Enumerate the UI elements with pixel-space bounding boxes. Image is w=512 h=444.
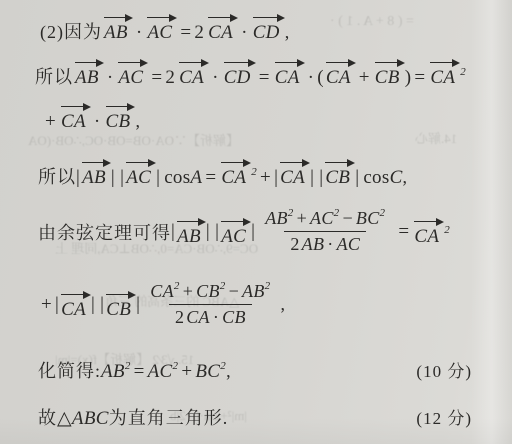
math-segment-op: + (180, 281, 196, 301)
math-segment-cn: 所以 (35, 63, 73, 89)
superscript: 2 (288, 207, 294, 219)
math-segment-fn: cos (160, 167, 190, 189)
math-line-8: 故△ABC 为直角三角形.(12 分) (38, 404, 472, 430)
vector-letters: AC (219, 216, 251, 248)
vector-letters: CA (177, 57, 209, 89)
vector-letters: CA (278, 157, 310, 189)
superscript: 2 (265, 280, 271, 292)
math-segment-cn: 为直角三角形. (109, 404, 229, 430)
math-segment-plain: | (136, 294, 140, 316)
math-segment-rel: = (395, 221, 412, 243)
math-segment-num: 2 (194, 22, 206, 44)
math-segment-fn: cos (359, 167, 389, 189)
math-segment-op: + (294, 208, 310, 228)
math-segment-cn: , (226, 361, 232, 382)
math-line-1: (2)因为AB·AC=2 CA·CD, (40, 12, 472, 44)
fraction: AB2+AC2−BC22AB·AC (259, 208, 391, 255)
vector-letters: CA (219, 157, 251, 189)
math-line-7: 化简得:AB2=AC2+BC2,(10 分) (38, 357, 472, 383)
vector-letters: CB (104, 101, 136, 133)
superscript: 2 (460, 66, 466, 78)
math-segment-it: A (190, 167, 202, 189)
math-segment-op: · (91, 111, 104, 133)
vector-term: CB (373, 57, 405, 89)
math-segment-op: − (226, 281, 242, 301)
math-segment-cn: , (135, 111, 141, 132)
vector-term: CB (323, 157, 355, 189)
math-segment-plain: | (251, 221, 255, 243)
vector-letters: CB (104, 289, 136, 321)
math-segment-it: CA (186, 307, 210, 327)
math-segment-op: · (104, 67, 117, 89)
vector-term: CA2 (219, 157, 257, 189)
math-segment-op: · (209, 67, 222, 89)
math-segment-cn: , (403, 167, 409, 188)
math-segment-it: BC2 (356, 208, 385, 228)
math-segment-op: + (356, 67, 373, 89)
math-segment-op: − (339, 208, 355, 228)
math-segment-op: · (305, 67, 318, 89)
math-segment-plain: | | (111, 167, 124, 189)
math-segment-rel: = (148, 67, 165, 89)
math-segment-it: ABC (72, 408, 109, 430)
math-segment-plain: | | (310, 167, 323, 189)
fraction-denominator: 2CA·CB (169, 304, 252, 328)
superscript: 2 (220, 280, 226, 292)
vector-letters: CA (324, 57, 356, 89)
math-segment-rel: = (256, 67, 273, 89)
math-segment-plain: | | (206, 221, 219, 243)
math-segment-it: BC2 (195, 361, 226, 383)
math-segment-op: + (38, 294, 55, 316)
vector-letters: CD (222, 57, 256, 89)
math-line-2: 所以AB·AC=2 CA·CD=CA·(CA+CB)=CA2 (35, 57, 472, 89)
fraction-numerator: CA2+CB2−AB2 (144, 281, 276, 304)
math-segment-it: CB2 (196, 281, 225, 301)
vector-letters: AB (175, 216, 206, 248)
math-segment-it: AB2 (242, 281, 270, 301)
math-segment-cn: 所以 (38, 163, 76, 189)
superscript: 2 (380, 207, 386, 219)
math-line-3: +CA·CB, (42, 101, 472, 133)
math-segment-plain: | | (91, 294, 104, 316)
vector-letters: CA (59, 101, 91, 133)
math-segment-it: AB (302, 234, 325, 254)
vector-term: CA (59, 289, 91, 321)
vector-letters: CA (412, 216, 444, 248)
vector-term: CB (104, 289, 136, 321)
vector-term: AC (219, 216, 251, 248)
vector-letters: CA (206, 12, 238, 44)
math-segment-op: · (324, 234, 336, 254)
math-segment-it: AB2 (265, 208, 293, 228)
vector-term: AC (116, 57, 148, 89)
vector-term: CA2 (412, 216, 450, 248)
vector-letters: CB (323, 157, 355, 189)
vector-term: AB (73, 57, 104, 89)
fraction-numerator: AB2+AC2−BC2 (259, 208, 391, 231)
vector-term: CA (273, 57, 305, 89)
vector-letters: CD (251, 12, 285, 44)
vector-letters: CA (59, 289, 91, 321)
math-segment-plain: ) (405, 67, 412, 89)
math-segment-rel: = (411, 67, 428, 89)
vector-term: CB (104, 101, 136, 133)
math-segment-it: C (390, 167, 403, 189)
math-segment-num: 2 (175, 307, 186, 327)
math-segment-plain: ( (317, 67, 324, 89)
superscript: 2 (220, 360, 226, 372)
vector-term: CA (324, 57, 356, 89)
vector-term: CA (206, 12, 238, 44)
math-line-4: 所以|AB| |AC|cos A=CA2+|CA| |CB|cos C, (38, 157, 472, 189)
vector-term: CA2 (428, 57, 466, 89)
math-segment-op: · (210, 307, 222, 327)
math-segment-it: AC2 (310, 208, 339, 228)
math-segment-op: + (257, 167, 274, 189)
score-mark: (12 分) (416, 404, 472, 429)
vector-term: AC (145, 12, 177, 44)
math-segment-it: AC (337, 234, 361, 254)
superscript: 2 (334, 207, 340, 219)
vector-term: CA (59, 101, 91, 133)
vector-term: CD (222, 57, 256, 89)
vector-letters: CA (273, 57, 305, 89)
vector-letters: CA (428, 57, 460, 89)
superscript: 2 (251, 166, 257, 178)
math-segment-rel: = (177, 22, 194, 44)
score-mark: (10 分) (416, 357, 472, 382)
math-segment-it: AC2 (148, 361, 179, 383)
vector-letters: AC (124, 157, 156, 189)
superscript: 2 (173, 360, 179, 372)
superscript: 2 (174, 280, 180, 292)
vector-term: AB (175, 216, 206, 248)
vector-term: AC (124, 157, 156, 189)
math-segment-cn: (2)因为 (40, 18, 102, 44)
superscript: 2 (125, 360, 131, 372)
math-segment-cn: 化简得: (38, 357, 101, 383)
math-segment-op: · (133, 22, 146, 44)
vector-term: AB (80, 157, 111, 189)
superscript: 2 (444, 224, 450, 236)
math-segment-rel: = (202, 167, 219, 189)
vector-letters: AB (102, 12, 133, 44)
vector-term: CA (278, 157, 310, 189)
vector-letters: AC (145, 12, 177, 44)
math-segment-cn: 由余弦定理可得 (38, 219, 171, 245)
math-segment-cn: 故 (38, 404, 57, 430)
math-segment-cn: , (280, 294, 286, 315)
vector-letters: AB (80, 157, 111, 189)
scanned-document-page: = ( 8 + A . 1 ) ·【解析】∵OA·OB=OB·OC,∴OB·(O… (0, 0, 512, 444)
math-segment-it: AB2 (101, 361, 131, 383)
vector-term: AB (102, 12, 133, 44)
math-segment-cn: , (285, 22, 291, 43)
math-segment-it: CA2 (150, 281, 179, 301)
vector-term: CD (251, 12, 285, 44)
vector-letters: CB (373, 57, 405, 89)
fraction: CA2+CB2−AB22CA·CB (144, 281, 276, 328)
math-line-5: 由余弦定理可得|AB| |AC|AB2+AC2−BC22AB·AC=CA2 (38, 208, 472, 255)
math-segment-op: · (238, 22, 251, 44)
math-segment-op: + (178, 361, 195, 383)
vector-term: CA (177, 57, 209, 89)
math-segment-num: 2 (290, 234, 301, 254)
vector-letters: AC (116, 57, 148, 89)
math-line-6: +|CA| |CB|CA2+CB2−AB22CA·CB, (38, 281, 472, 328)
math-segment-rel: = (131, 361, 148, 383)
math-segment-plain: △ (57, 407, 72, 430)
vector-letters: AB (73, 57, 104, 89)
math-segment-op: + (42, 111, 59, 133)
math-segment-it: CB (222, 307, 246, 327)
fraction-denominator: 2AB·AC (284, 231, 366, 255)
math-segment-num: 2 (165, 67, 177, 89)
